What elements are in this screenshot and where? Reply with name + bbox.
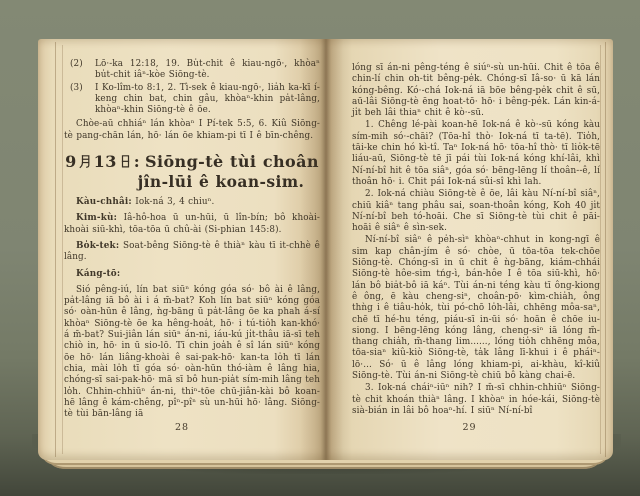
list-marker: (2)	[70, 59, 83, 70]
section-kau-chhai: Kàu-chhâi: Iok-ná 3, 4 chiuⁿ.	[64, 197, 320, 208]
paragraph-1: 1. Chêng lé-pài koan-hē Iok-ná ê kò·-sū …	[352, 120, 600, 188]
section-bok-tek: Bo̍k-tek: Soat-bêng Siōng-tè ê thiàⁿ kàu…	[64, 241, 320, 264]
left-page-content: (2) Lō·-ka 12:18, 19. Bu̍t-chit ê kiau-n…	[64, 59, 320, 420]
lesson-body-paragraph: Sió pêng-iú, lín bat siūⁿ kóng góa só· b…	[64, 285, 320, 421]
page-number-right: 29	[326, 422, 613, 433]
section-label: Káng-tō:	[76, 269, 120, 279]
section-kang-to: Káng-tō:	[64, 269, 320, 280]
list-text: I Ko-lîm-to 8:1, 2. Tì-sek ê kiau-ngō·, …	[95, 83, 320, 116]
heading-title-line1: Siōng-tè tùi choân	[145, 152, 319, 171]
right-page: lóng sī án-ni pêng-téng ê siúⁿ-sù un-hūi…	[326, 39, 613, 460]
paragraph-3: Ní-ní-bî siâⁿ ê pe̍h-sìⁿ khòaⁿ-chhut in …	[352, 235, 600, 382]
page-edge-line	[605, 42, 606, 457]
section-label: Bo̍k-tek:	[76, 241, 119, 251]
page-number-left: 28	[38, 422, 326, 433]
section-label: Kàu-chhâi:	[76, 197, 132, 207]
heading-title-line2: jîn-lūi ê koan-sim.	[64, 172, 320, 192]
left-page: (2) Lō·-ka 12:18, 19. Bu̍t-chit ê kiau-n…	[38, 39, 326, 460]
section-text: Iok-ná 3, 4 chiuⁿ.	[135, 197, 214, 207]
right-page-content: lóng sī án-ni pêng-téng ê siúⁿ-sù un-hūi…	[352, 63, 600, 418]
kanji-day-icon	[118, 154, 133, 169]
heading-colon: :	[134, 152, 140, 171]
lesson-heading-line1: 913:Siōng-tè tùi choân	[65, 152, 319, 171]
scripture-list-item: (3) I Ko-lîm-to 8:1, 2. Tì-sek ê kiau-ng…	[64, 83, 320, 117]
section-label: Kim-kù:	[76, 213, 117, 223]
paragraph-continuation: lóng sī án-ni pêng-téng ê siúⁿ-sù un-hūi…	[352, 63, 600, 119]
page-edge-line	[62, 45, 63, 454]
list-marker: (3)	[70, 83, 83, 94]
paragraph-2: 2. Iok-ná chiàu Siōng-tè ê ōe, lâi kàu N…	[352, 189, 600, 234]
heading-date-month-number: 9	[65, 152, 77, 171]
list-text: Lō·-ka 12:18, 19. Bu̍t-chit ê kiau-ngō·,…	[95, 59, 320, 80]
section-kim-ku: Kim-kù: Iâ-hô-hoa ū un-hūi, ū lîn-bín; b…	[64, 213, 320, 236]
page-edge-line	[55, 42, 56, 457]
paragraph-4: 3. Iok-ná cháiⁿ-iūⁿ nih? I m̄-sī chhin-c…	[352, 383, 600, 417]
heading-date-day-number: 13	[94, 152, 117, 171]
lesson-heading: 913:Siōng-tè tùi choân jîn-lūi ê koan-si…	[64, 151, 320, 192]
book-photo: (2) Lō·-ka 12:18, 19. Bu̍t-chit ê kiau-n…	[0, 0, 640, 496]
closing-paragraph: Chòe-aū chhiáⁿ lán khòaⁿ I Pí-tek 5:5, 6…	[64, 119, 320, 142]
open-book: (2) Lō·-ka 12:18, 19. Bu̍t-chit ê kiau-n…	[38, 39, 613, 460]
kanji-month-icon	[78, 154, 93, 169]
page-edge-line	[600, 45, 601, 454]
scripture-list-item: (2) Lō·-ka 12:18, 19. Bu̍t-chit ê kiau-n…	[64, 59, 320, 82]
